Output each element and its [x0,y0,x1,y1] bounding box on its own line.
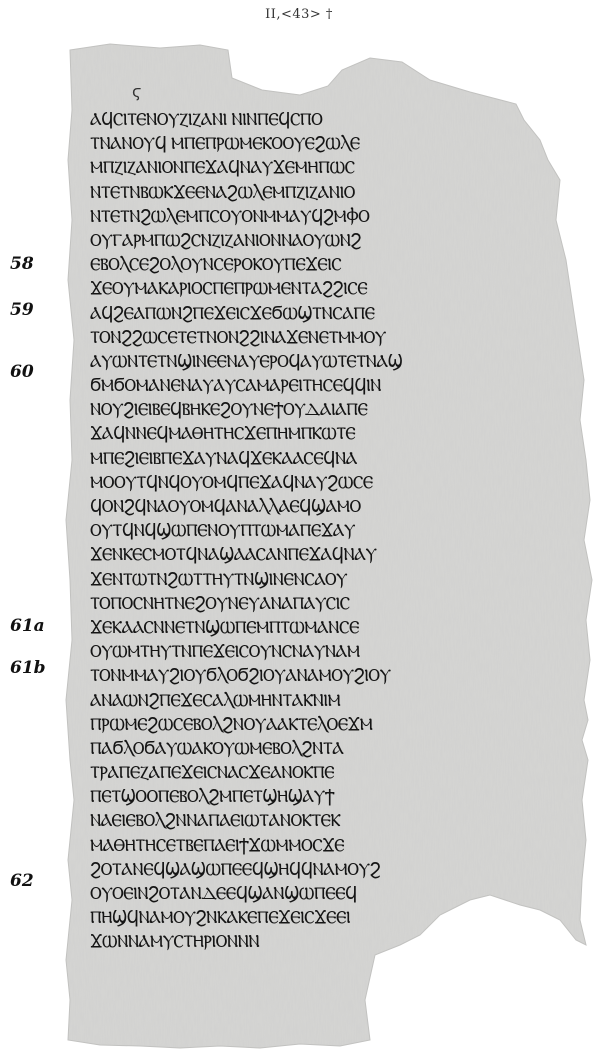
text-line: ⲞⲨⲄⲀⲢⲘⲠⲰϨⲤⲚⲌⲒⲌⲀⲚⲒⲞⲚⲚⲀⲞⲨⲰⲚϨ [90,229,481,253]
text-line: ⲘⲠⲈϨⲒⲈⲒⲂⲠⲈϪⲀⲨⲚⲀϤϪⲈⲔⲀⲀⲤⲈϤⲚⲀ [90,447,481,471]
saying-number-61b: 61b [10,658,46,678]
papyrus-leaf: ϛ ⲀϤⲤⲒⲦⲈⲚⲞⲨⲌⲒⲌⲀⲚⲒ ⲚⲒⲚⲠⲈϤⲤⲠⲞ ⲦⲚⲀⲚⲞⲨϤ ⲘⲠⲈⲠ… [0,0,598,1053]
text-line: ⲈⲂⲞⲖⲤⲈϨⲞⲖⲞⲨⲚⲤⲈⲢⲞⲔⲞⲨⲠⲈϪⲈⲒⲤ [90,253,481,277]
saying-number-60: 60 [10,362,34,382]
text-line: ⲦⲞⲚϨϨⲰⲤⲈⲦⲈⲦⲚⲞⲚϨϨⲒⲚⲀϪⲈⲚⲈⲦⲘⲘⲞⲨ [90,326,481,350]
text-line: ⲚⲦⲈⲦⲚⲂⲰⲔϪⲈⲈⲚⲀϨⲰⲖⲈⲘⲠⲌⲒⲌⲀⲚⲒⲞ [90,181,481,205]
text-line: ⲚⲦⲈⲦⲚϨⲰⲖⲈⲘⲠⲤⲞⲨⲞⲚⲘⲘⲀⲨϤϨⲘⲪⲞ [90,205,481,229]
text-line: ϪⲈⲚⲔⲈⲤⲘⲞⲦϤⲚⲀϢⲀⲀⲤⲀⲚⲠⲈϪⲀϤⲚⲀⲨ [90,543,481,567]
text-line: ϪⲈⲞⲨⲘⲀⲔⲀⲢⲒⲞⲤⲠⲈⲠⲢⲰⲘⲈⲚⲦⲀϨϨⲒⲤⲈ [90,277,481,301]
saying-number-59: 59 [10,300,34,320]
text-line: ⲞⲨⲰⲘⲦⲎⲨⲦⲚⲠⲈϪⲈⲒⲤⲞⲨⲚⲤⲚⲀⲨⲚⲀⲘ [90,640,481,664]
saying-number-58: 58 [10,254,34,274]
text-line: ϨⲞⲦⲀⲚⲈϤϢⲀϢⲰⲠⲈⲈϤϢⲎϤϤⲚⲀⲘⲞⲨϨ [90,858,481,882]
text-line: ⲞⲨⲞⲈⲒⲚϨⲞⲦⲀⲚⲆⲈⲈϤϢⲀⲚϢⲰⲠⲈⲈϤ [90,882,481,906]
text-line: ⲘⲞⲞⲨⲦϤⲚϤⲞⲨⲞⲘϤⲠⲈϪⲀϤⲚⲀⲨϨⲰⲤⲈ [90,471,481,495]
text-line: ⲚⲞⲨϨⲒⲈⲒⲂⲈϤⲂⲎⲔⲈϨⲞⲨⲚⲈϮⲞⲨⲆⲀⲒⲀⲠⲈ [90,398,481,422]
text-line: ⲦⲞⲠⲞⲤⲚⲎⲦⲚⲈϨⲞⲨⲚⲈⲨⲀⲚⲀⲠⲀⲨⲤⲒⲤ [90,592,481,616]
text-line: ⲠⲎϢϤⲚⲀⲘⲞⲨϨⲚⲔⲀⲔⲈⲠⲈϪⲈⲒⲤϪⲈⲈⲒ [90,906,481,930]
ornament-mark: ϛ [132,82,141,101]
text-line: ϪⲀϤⲚⲚⲈϤⲘⲀⲐⲎⲦⲎⲤϪⲈⲠⲎⲘⲠⲔⲰⲦⲈ [90,422,481,446]
text-line: ⲠⲀϬⲖⲞϬⲀⲨⲰⲀⲔⲞⲨⲰⲘⲈⲂⲞⲖϨⲚⲦⲀ [90,737,481,761]
text-line: ⲞⲨⲦϤⲚϤϢⲰⲠⲈⲚⲞⲨⲠⲦⲰⲘⲀⲠⲈϪⲀⲨ [90,519,481,543]
text-line: ⲠⲢⲰⲘⲈϨⲰⲤⲈⲂⲞⲖϨⲚⲞⲨⲀⲀⲔⲦⲈⲖⲞⲈϪⲘ [90,713,481,737]
saying-number-62: 62 [10,871,34,891]
text-line: ⲦⲢⲀⲠⲈⲌⲀⲠⲈϪⲈⲒⲤⲚⲀⲤϪⲈⲀⲚⲞⲔⲠⲈ [90,761,481,785]
text-line: ⲘⲠⲌⲒⲌⲀⲚⲒⲞⲚⲠⲈϪⲀϤⲚⲀⲨϪⲈⲘⲎⲠⲰⲤ [90,156,481,180]
text-line: ⲀⲚⲀⲰⲚϨⲠⲈϪⲈⲤⲀⲖⲰⲘⲎⲚⲦⲀⲔⲚⲒⲘ [90,689,481,713]
text-line: ⲚⲀⲈⲒⲈⲂⲞⲖϨⲚⲚⲀⲠⲀⲈⲒⲰⲦⲀⲚⲞⲔⲦⲈⲔ [90,809,481,833]
saying-number-61a: 61a [10,616,45,636]
manuscript-text: ⲀϤⲤⲒⲦⲈⲚⲞⲨⲌⲒⲌⲀⲚⲒ ⲚⲒⲚⲠⲈϤⲤⲠⲞ ⲦⲚⲀⲚⲞⲨϤ ⲘⲠⲈⲠⲢⲰ… [90,108,510,955]
text-line: ϪⲰⲚⲚⲀⲘⲨⲤⲦⲎⲢⲒⲞⲚⲚⲚ [90,930,481,954]
text-line: ⲦⲞⲚⲘⲘⲀⲨϨⲒⲞⲨϬⲖⲞϬϨⲒⲞⲨⲀⲚⲀⲘⲞⲨϨⲒⲞⲨ [90,664,481,688]
text-line: ⲠⲈⲦϢⲞⲞⲠⲈⲂⲞⲖϨⲘⲠⲈⲦϢⲎϢⲀⲨϮ [90,785,481,809]
text-line: ϬⲘϬⲞⲘⲀⲚⲈⲚⲀⲨⲀⲨⲤⲀⲘⲀⲢⲈⲒⲦⲎⲤⲈϤϤⲒⲚ [90,374,481,398]
text-line: ⲦⲚⲀⲚⲞⲨϤ ⲘⲠⲈⲠⲢⲰⲘⲈⲔⲞⲞⲨⲈϨⲰⲖⲈ [90,132,481,156]
text-line: ϪⲈⲚⲦⲰⲦⲚϨⲰⲦⲦⲎⲨⲦⲚϢⲒⲚⲈⲚⲤⲀⲞⲨ [90,568,481,592]
text-line: ⲘⲀⲐⲎⲦⲎⲤⲈⲦⲂⲈⲠⲀⲈⲒϮϪⲰⲘⲘⲞⲤϪⲈ [90,834,481,858]
text-line: ϪⲈⲔⲀⲀⲤⲚⲚⲈⲦⲚϢⲰⲠⲈⲘⲠⲦⲰⲘⲀⲚⲤⲈ [90,616,481,640]
text-line: ϤⲞⲚϨϤⲚⲀⲞⲨⲞⲘϤⲀⲚⲀⲖⲖⲀⲈϤϢⲀⲘⲞ [90,495,481,519]
text-line: ⲀϤⲤⲒⲦⲈⲚⲞⲨⲌⲒⲌⲀⲚⲒ ⲚⲒⲚⲠⲈϤⲤⲠⲞ [90,108,481,132]
text-line: ⲀϤϨⲈⲀⲠⲰⲚϨⲠⲈϪⲈⲒⲤϪⲈϬⲰϢⲦⲚⲤⲀⲠⲈ [90,302,481,326]
text-line: ⲀⲨⲰⲚⲦⲈⲦⲚϢⲒⲚⲈⲈⲚⲀⲨⲈⲢⲞϤⲀⲨⲰⲦⲈⲦⲚⲀϢ [90,350,481,374]
